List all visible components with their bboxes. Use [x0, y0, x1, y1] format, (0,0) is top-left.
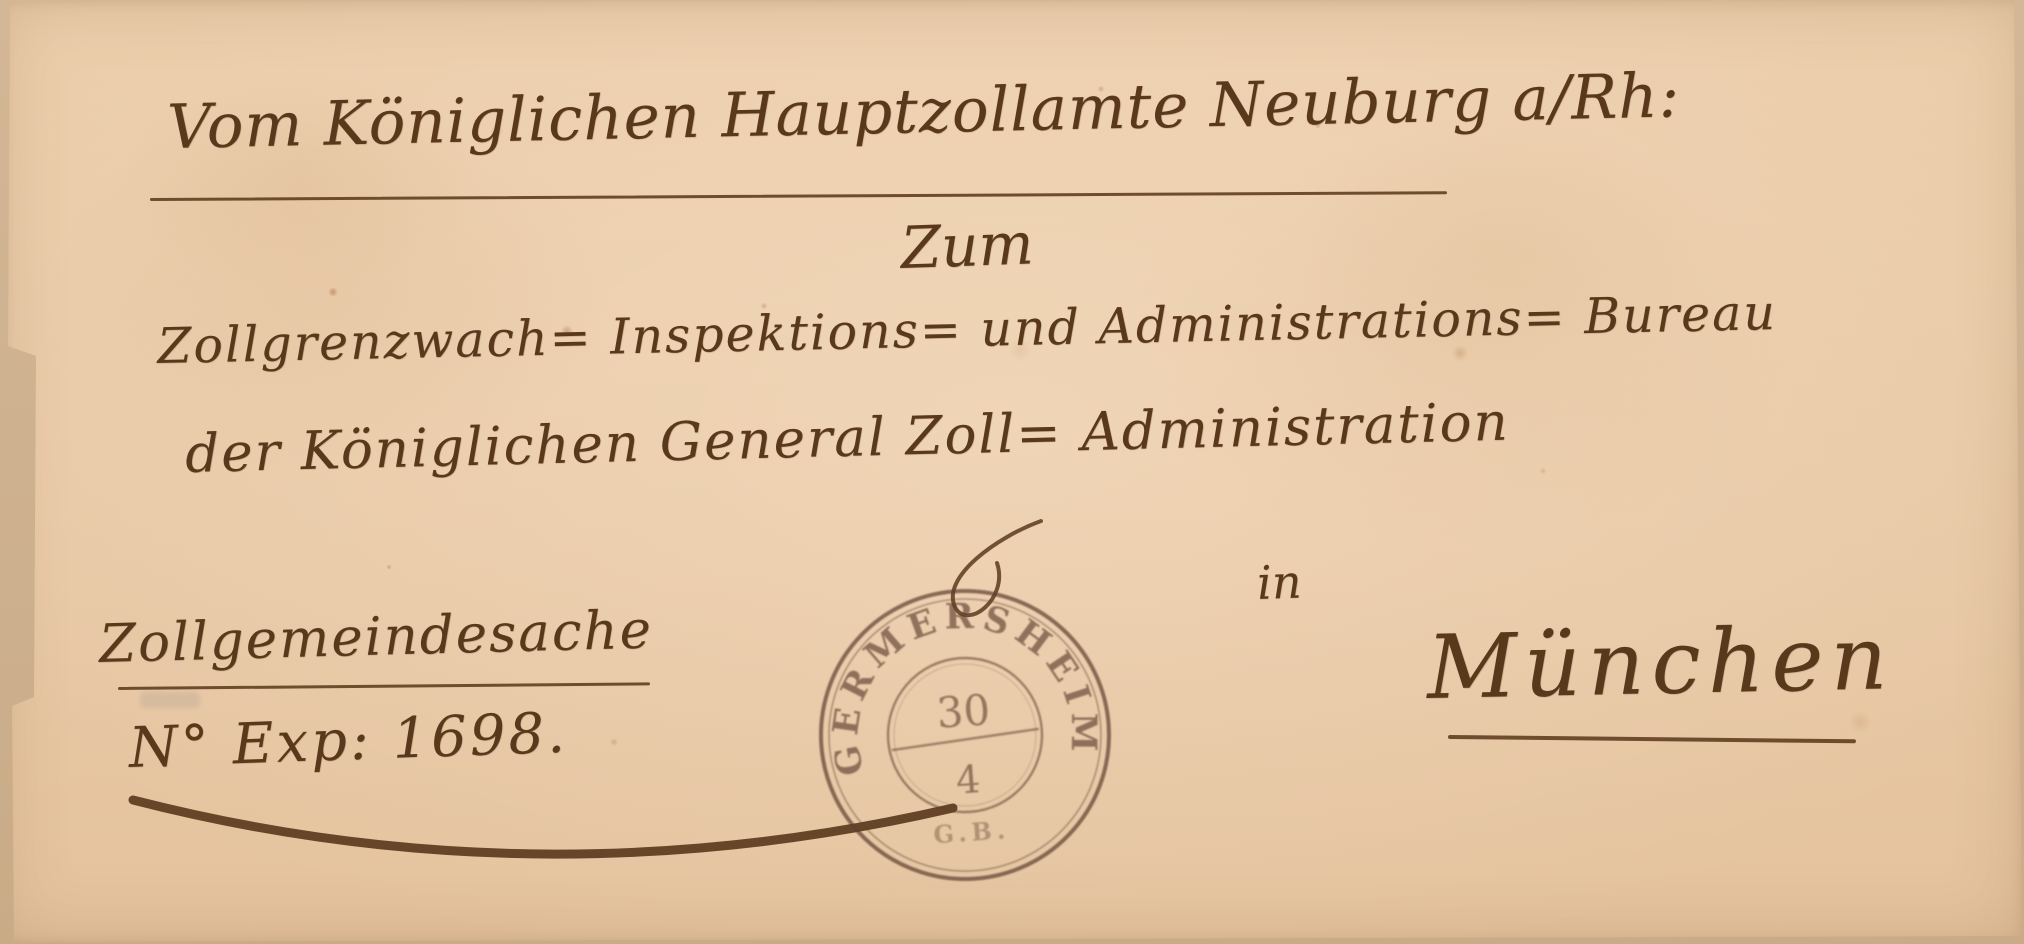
postmark-month: 4	[955, 757, 982, 803]
letter-scan: Vom Königlichen Hauptzollamte Neuburg a/…	[0, 0, 2024, 944]
salutation-zum: Zum	[900, 209, 1035, 282]
pencil-smudge	[140, 692, 200, 708]
city-name: München	[1426, 606, 1895, 719]
postmark-day: 30	[935, 685, 992, 738]
postmark-stamp: GERMERSHEIM 30 4 G.B.	[805, 575, 1125, 895]
postmark-town-arc: GERMERSHEIM	[815, 586, 1107, 779]
preposition-in: in	[1256, 554, 1302, 610]
postmark-bottom-code: G.B.	[933, 815, 1011, 849]
